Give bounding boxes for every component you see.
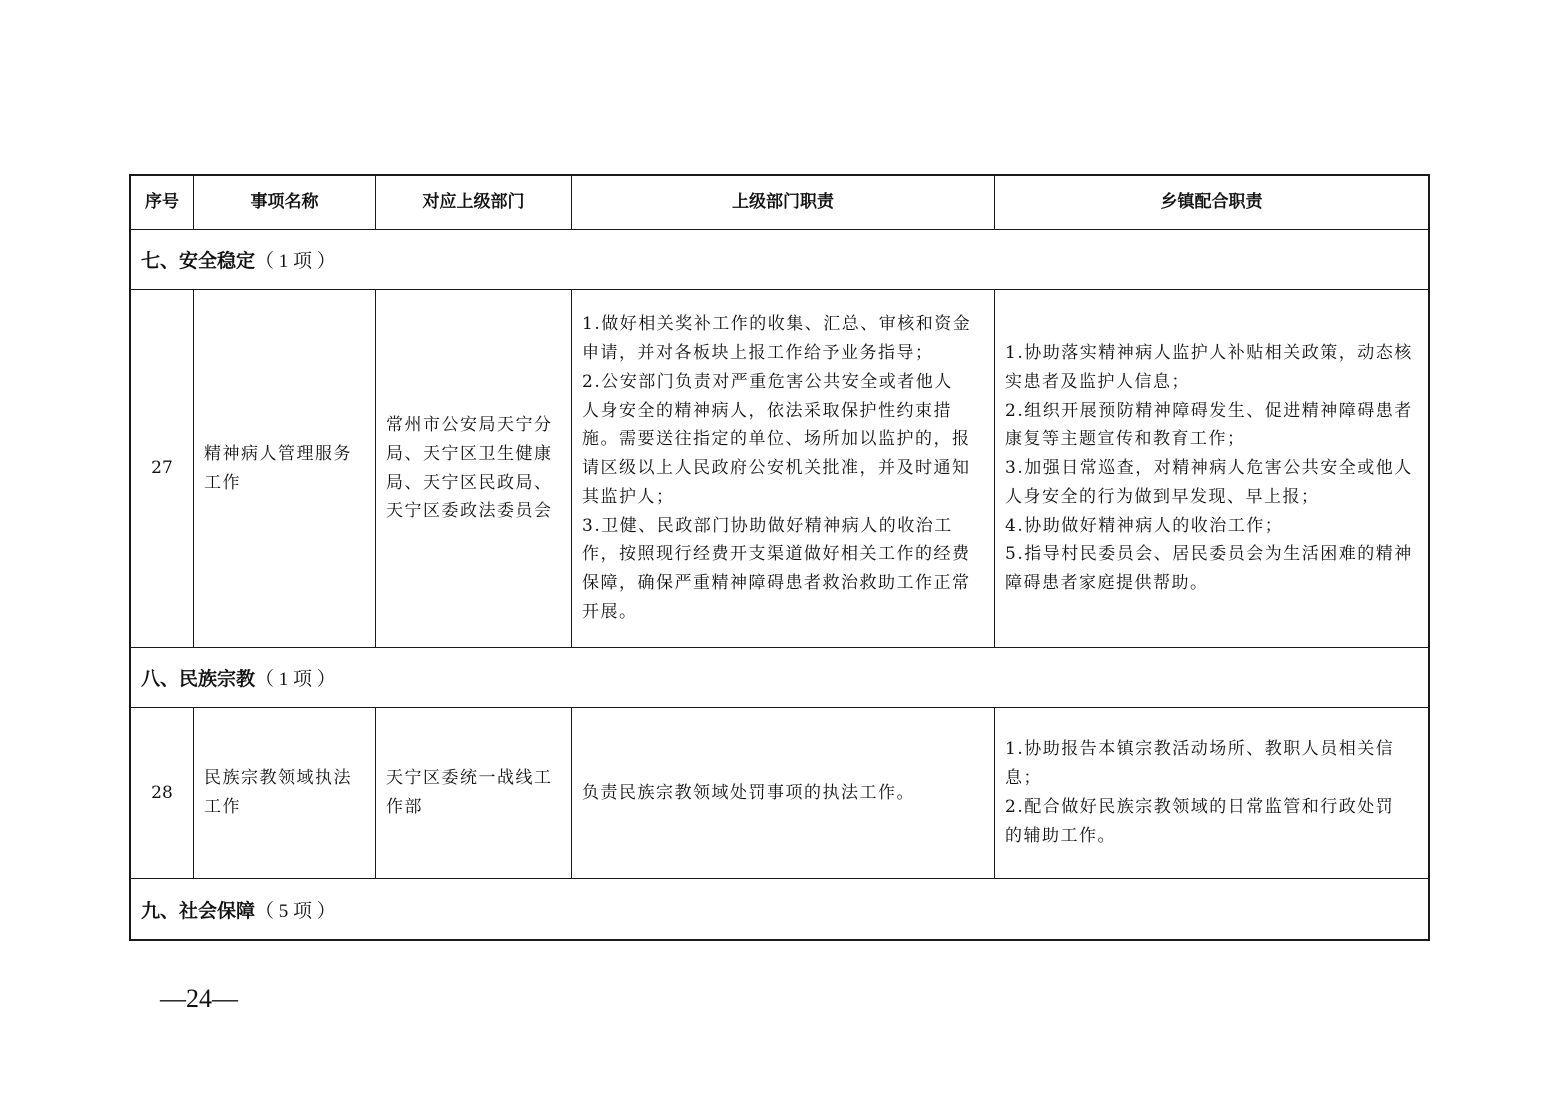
row-upper-dept: 常州市公安局天宁分 局、天宁区卫生健康 局、天宁区民政局、 天宁区委政法委员会 (376, 290, 572, 647)
row-town-duties: 1.协助报告本镇宗教活动场所、教职人员相关信 息； 2.配合做好民族宗教领域的日… (995, 708, 1428, 878)
header-upper-duties: 上级部门职责 (572, 176, 995, 229)
section-heading-social-security: 九、社会保障（ 5 项 ） (131, 879, 1428, 939)
section-title: 九、社会保障 (141, 896, 255, 923)
row-upper-duties: 负责民族宗教领域处罚事项的执法工作。 (572, 708, 995, 878)
section-count: （ 1 项 ） (255, 246, 336, 273)
section-count: （ 1 项 ） (255, 664, 336, 691)
row-upper-dept: 天宁区委统一战线工 作部 (376, 708, 572, 878)
page-number: —24— (160, 984, 238, 1014)
header-item-name: 事项名称 (194, 176, 376, 229)
table-row: 28 民族宗教领域执法 工作 天宁区委统一战线工 作部 负责民族宗教领域处罚事项… (131, 708, 1428, 879)
header-town-duties: 乡镇配合职责 (995, 176, 1428, 229)
row-serial: 28 (131, 708, 194, 878)
row-item-name: 民族宗教领域执法 工作 (194, 708, 376, 878)
row-town-duties: 1.协助落实精神病人监护人补贴相关政策，动态核 实患者及监护人信息； 2.组织开… (995, 290, 1428, 647)
row-upper-duties: 1.做好相关奖补工作的收集、汇总、审核和资金 申请，并对各板块上报工作给予业务指… (572, 290, 995, 647)
table-header-row: 序号 事项名称 对应上级部门 上级部门职责 乡镇配合职责 (131, 176, 1428, 230)
row-item-name: 精神病人管理服务 工作 (194, 290, 376, 647)
header-serial: 序号 (131, 176, 194, 229)
row-serial: 27 (131, 290, 194, 647)
header-upper-dept: 对应上级部门 (376, 176, 572, 229)
section-heading-ethnic-religion: 八、民族宗教（ 1 项 ） (131, 648, 1428, 708)
section-heading-security: 七、安全稳定（ 1 项 ） (131, 230, 1428, 290)
section-title: 八、民族宗教 (141, 664, 255, 691)
table-row: 27 精神病人管理服务 工作 常州市公安局天宁分 局、天宁区卫生健康 局、天宁区… (131, 290, 1428, 648)
section-count: （ 5 项 ） (255, 896, 336, 923)
section-title: 七、安全稳定 (141, 246, 255, 273)
duties-table: 序号 事项名称 对应上级部门 上级部门职责 乡镇配合职责 七、安全稳定（ 1 项… (129, 174, 1430, 941)
